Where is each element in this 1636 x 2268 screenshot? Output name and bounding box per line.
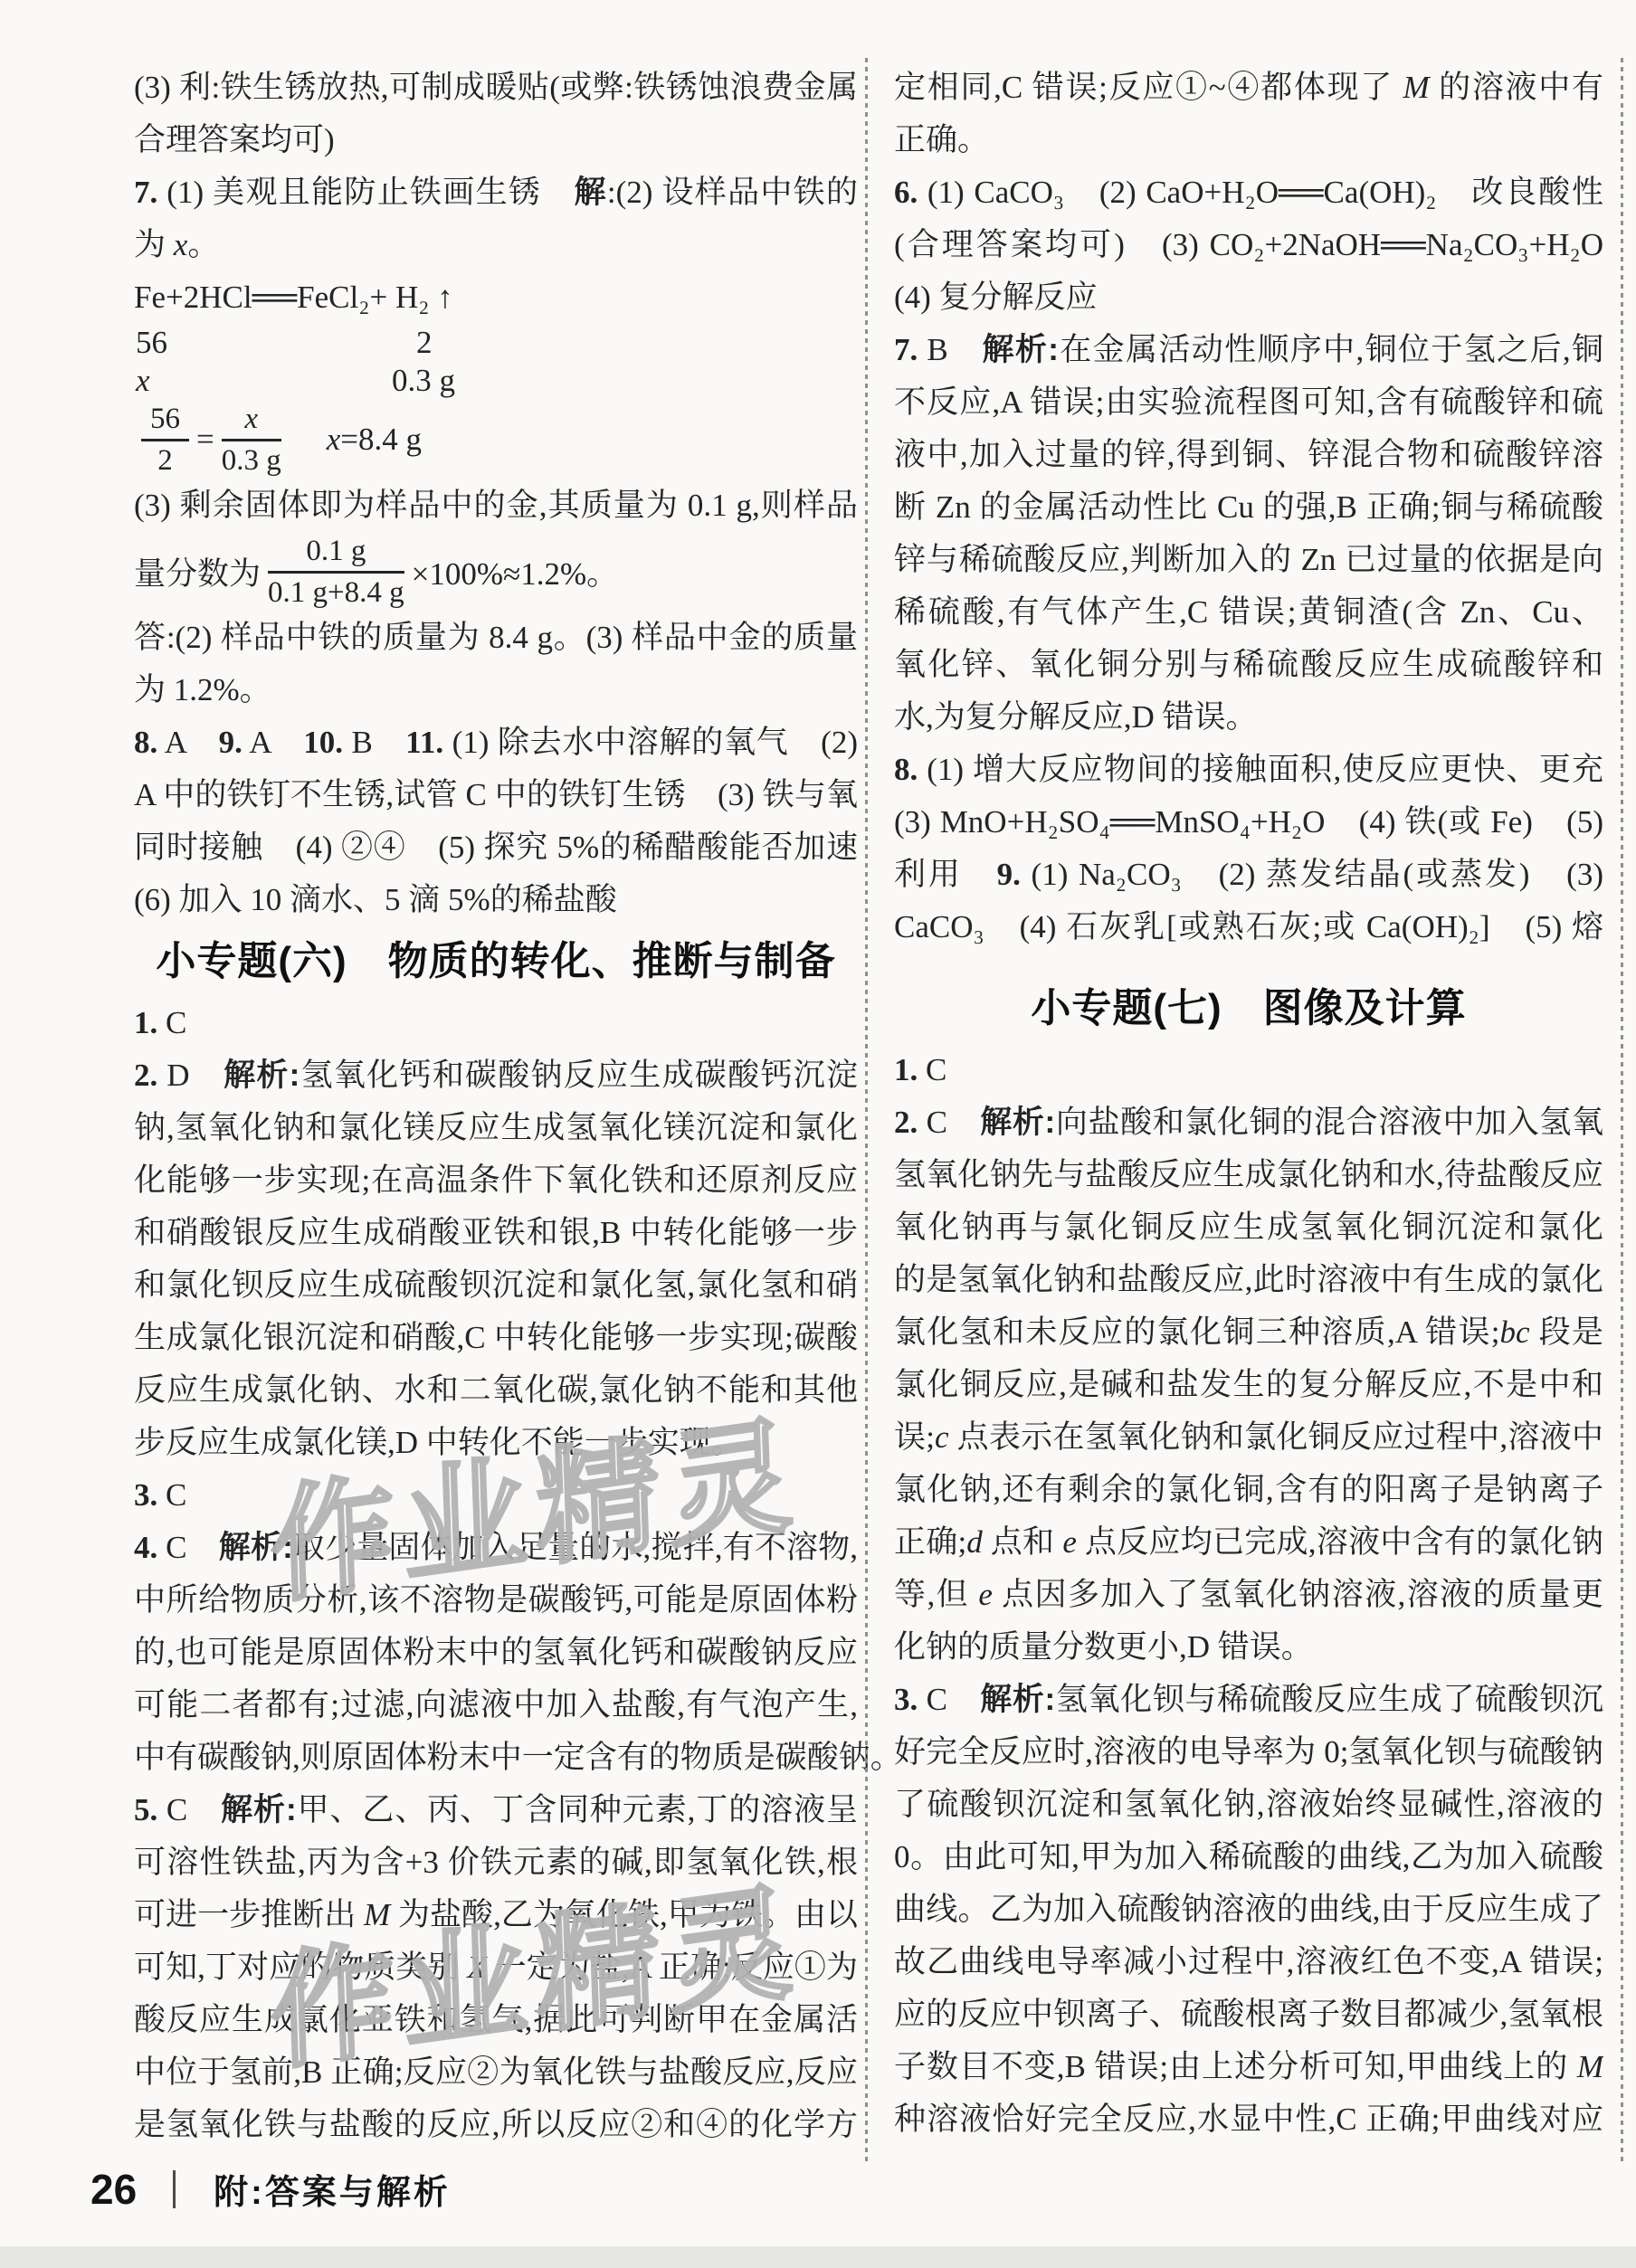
text-line: 氧化锌、氧化铜分别与稀硫酸反应生成硫酸锌和水、硫酸铜和 — [894, 639, 1603, 691]
text-segment: 1. — [134, 1005, 157, 1040]
text-segment: 的是氢氧化钠和盐酸反应,此时溶液中有生成的氯化钠、剩余的 — [894, 1262, 1603, 1306]
text-segment: 解析: — [982, 332, 1058, 367]
text-segment: 3. — [894, 1682, 918, 1717]
section-heading: 小专题(七) 图像及计算 — [894, 973, 1603, 1044]
text-line: 氯化氢和未反应的氯化铜三种溶质,A 错误;bc 段是氢氧化钠和 — [894, 1306, 1603, 1359]
text-line: A 中的铁钉不生锈,试管 C 中的铁钉生锈 (3) 铁与氧气和水 — [134, 769, 858, 821]
text-line: 量分数为0.1 g0.1 g+8.4 g×100%≈1.2%。 — [134, 532, 858, 612]
text-line: 曲线。乙为加入硫酸钠溶液的曲线,由于反应生成了氢氧化钠, — [894, 1884, 1603, 1936]
text-line: 7. (1) 美观且能防止铁画生锈 解:(2) 设样品中铁的质量 — [134, 166, 858, 219]
text-segment: 化能够一步实现;在高温条件下氧化铁和还原剂反应生成铁,铁 — [134, 1162, 858, 1207]
text-segment: 为 1.2%。 — [134, 672, 271, 707]
text-segment: 氧化锌、氧化铜分别与稀硫酸反应生成硫酸锌和水、硫酸铜和 — [894, 647, 1603, 691]
text-segment: 反应生成氯化钠、水和二氧化碳,氯化钠不能和其他物质通过一 — [134, 1372, 858, 1417]
text-line: 步反应生成氯化镁,D 中转化不能一步实现。 — [134, 1417, 858, 1469]
text-line: 氯化铜反应,是碱和盐发生的复分解反应,不是中和反应,B 错 — [894, 1359, 1603, 1411]
text-segment: X — [467, 1950, 486, 1985]
text-segment: x — [136, 363, 150, 398]
text-segment: (4) 复分解反应 — [894, 280, 1098, 315]
text-line: 生成氯化银沉淀和硝酸,C 中转化能够一步实现;碳酸钠和盐酸 — [134, 1312, 858, 1364]
text-line: 1. C — [134, 997, 858, 1049]
text-segment: 中位于氢前,B 正确;反应②为氧化铁与盐酸反应,反应④可以 — [134, 2054, 858, 2099]
text-segment: 可能二者都有;过滤,向滤液中加入盐酸,有气泡产生,说明滤液 — [134, 1687, 858, 1732]
text-segment: 合理答案均可) — [134, 122, 335, 157]
text-line: 3. C 解析:氢氧化钡与稀硫酸反应生成了硫酸钡沉淀和水,恰 — [894, 1674, 1603, 1726]
text-segment: (合理答案均可) (3) CO₂+2NaOH══Na₂CO₃+H₂O — [894, 227, 1603, 262]
text-segment: ×100%≈1.2%。 — [412, 556, 619, 592]
text-segment: x — [174, 227, 188, 262]
text-segment: 6. — [894, 175, 918, 210]
text-segment: 可溶性铁盐,丙为含+3 价铁元素的碱,即氢氧化铁,根据题图, — [134, 1845, 858, 1889]
text-line: 氧化钠再与氯化铜反应生成氢氧化铜沉淀和氯化钠。a 点表示 — [894, 1201, 1603, 1254]
text-segment: C — [157, 1530, 219, 1565]
text-segment: 2. — [894, 1105, 918, 1140]
text-line: 0。由此可知,甲为加入稀硫酸的曲线,乙为加入硫酸钠溶液的 — [894, 1831, 1603, 1884]
text-segment: 解析: — [221, 1792, 297, 1827]
text-segment: 氧化钠再与氯化铜反应生成氢氧化铜沉淀和氯化钠。 — [894, 1210, 1603, 1254]
text-line: 2. D 解析:氢氧化钙和碳酸钠反应生成碳酸钙沉淀和氢氧化 — [134, 1049, 858, 1102]
text-segment: 解 — [575, 175, 607, 210]
text-line: 6. (1) CaCO₃ (2) CaO+H₂O══Ca(OH)₂ 改良酸性土壤 — [894, 166, 1603, 219]
text-segment: 故乙曲线电导率减小过程中,溶液红色不变,A 错误;乙曲线对 — [894, 1944, 1603, 1988]
text-segment: (3) 剩余固体即为样品中的金,其质量为 0.1 g,则样品中金的质 — [134, 488, 858, 532]
fraction-numerator: 56 — [141, 403, 189, 441]
text-segment: e — [978, 1577, 993, 1612]
text-segment: x — [327, 422, 341, 457]
text-line: 氯化钠,还有剩余的氯化铜,含有的阳离子是钠离子和铜离子,C — [894, 1464, 1603, 1516]
text-segment: 7. — [134, 175, 157, 210]
text-segment: C — [157, 1792, 221, 1827]
text-line: 子数目不变,B 错误;由上述分析可知,甲曲线上的 M 点代表两 — [894, 2041, 1603, 2093]
text-segment: 可知,丁对应的物质类别 — [134, 1950, 467, 1985]
text-segment: 中所给物质分析,该不溶物是碳酸钙,可能是原固体粉末中含有 — [134, 1582, 858, 1627]
text-segment: 和氯化钡反应生成硫酸钡沉淀和氯化氢,氯化氢和硝酸银反应 — [134, 1267, 858, 1312]
text-segment: 是氢氧化铁与盐酸的反应,所以反应②和④的化学方程式不一 — [134, 2107, 858, 2151]
text-line: 合理答案均可) — [134, 114, 858, 166]
column-divider-dashed-line — [865, 58, 868, 2166]
text-segment: 好完全反应时,溶液的电导率为 0;氢氧化钡与硫酸钠反应生成 — [894, 1734, 1603, 1779]
text-segment: 中有碳酸钠,则原固体粉末中一定含有的物质是碳酸钠。 — [134, 1740, 902, 1775]
text-segment: 7. — [894, 332, 918, 367]
text-segment: 2. — [134, 1058, 157, 1093]
text-segment: 了硫酸钡沉淀和氢氧化钠,溶液始终显碱性,溶液的电导率不为 — [894, 1787, 1603, 1831]
text-segment: 钠,氢氧化钠和氯化镁反应生成氢氧化镁沉淀和氯化钠,A 中转 — [134, 1110, 858, 1154]
text-segment: 解析: — [980, 1682, 1055, 1717]
text-line: 水,为复分解反应,D 错误。 — [894, 691, 1603, 744]
text-segment: 解析: — [980, 1105, 1055, 1140]
text-segment: 正确。 — [894, 122, 989, 157]
text-segment: 56 — [136, 325, 167, 360]
text-line: 2. C 解析:向盐酸和氯化铜的混合溶液中加入氢氧化钠溶液, — [894, 1096, 1603, 1149]
text-segment: 8. — [894, 752, 918, 787]
text-segment: 氢氧化钠先与盐酸反应生成氯化钠和水,待盐酸反应完全后,氢 — [894, 1157, 1603, 1201]
text-line: 定相同,C 错误;反应①~④都体现了 M 的溶液中有 H⁺,D — [894, 62, 1603, 114]
text-segment: bc — [1500, 1314, 1530, 1350]
text-segment: 2 — [416, 325, 433, 360]
scanned-answer-page: (3) 利:铁生锈放热,可制成暖贴(或弊:铁锈蚀浪费金属资源等合理答案均可)7.… — [0, 0, 1636, 2268]
text-segment: A — [243, 725, 303, 760]
page-edge-dashed-line — [1621, 58, 1623, 2166]
text-segment: 点和 — [983, 1524, 1063, 1560]
text-segment: 同时接触 (4) ②④ (5) 探究 5%的稀醋酸能否加速铁生锈 — [134, 830, 858, 874]
text-line: 5. C 解析:甲、乙、丙、丁含同种元素,丁的溶液呈黄色,则丁为 — [134, 1784, 858, 1836]
text-line: 中所给物质分析,该不溶物是碳酸钙,可能是原固体粉末中含有 — [134, 1574, 858, 1627]
text-line: 稀硫酸,有气体产生,C 错误;黄铜渣(含 Zn、Cu、ZnO、CuO)中的 — [894, 586, 1603, 639]
fraction-numerator: 0.1 g — [268, 535, 404, 574]
text-segment: 9. — [997, 857, 1021, 892]
text-segment: 解析: — [219, 1530, 293, 1565]
text-segment: 氯化钠,还有剩余的氯化铜,含有的阳离子是钠离子和铜离子,C — [894, 1472, 1603, 1516]
text-segment: (3) MnO+H₂SO₄══MnSO₄+H₂O (4) 铁(或 Fe) (5)… — [894, 804, 1603, 849]
text-line: 562 — [134, 324, 858, 362]
text-line: (3) MnO+H₂SO₄══MnSO₄+H₂O (4) 铁(或 Fe) (5)… — [894, 796, 1603, 849]
right-text-column: 定相同,C 错误;反应①~④都体现了 M 的溶液中有 H⁺,D正确。6. (1)… — [894, 62, 1603, 2146]
text-line: 等,但 e 点因多加入了氢氧化钠溶液,溶液的质量更大,所以氯 — [894, 1569, 1603, 1621]
text-segment: 锌与稀硫酸反应,判断加入的 Zn 已过量的依据是向固体中加入 — [894, 542, 1603, 586]
text-segment: 稀硫酸,有气体产生,C 错误;黄铜渣(含 Zn、Cu、ZnO、CuO)中的 — [894, 594, 1603, 639]
text-line: (合理答案均可) (3) CO₂+2NaOH══Na₂CO₃+H₂O — [894, 219, 1603, 271]
text-segment: C — [918, 1682, 980, 1717]
fraction-denominator: 0.3 g — [222, 441, 281, 478]
text-segment: 解析: — [224, 1058, 300, 1093]
text-segment: e — [1062, 1524, 1077, 1560]
text-segment: C — [157, 1477, 186, 1513]
text-line: 化钠的质量分数更小,D 错误。 — [894, 1621, 1603, 1674]
text-line: 氢氧化钠先与盐酸反应生成氯化钠和水,待盐酸反应完全后,氢 — [894, 1149, 1603, 1201]
text-line: 了硫酸钡沉淀和氢氧化钠,溶液始终显碱性,溶液的电导率不为 — [894, 1779, 1603, 1831]
text-segment: 等,但 — [894, 1577, 978, 1612]
text-line: 钠,氢氧化钠和氯化镁反应生成氢氧化镁沉淀和氯化钠,A 中转 — [134, 1102, 858, 1154]
text-line: 种溶液恰好完全反应,水显中性,C 正确;甲曲线对应氢氧化钡 — [894, 2093, 1603, 2146]
text-line: 可能二者都有;过滤,向滤液中加入盐酸,有气泡产生,说明滤液 — [134, 1679, 858, 1732]
text-line: 7. B 解析:在金属活动性顺序中,铜位于氢之后,铜与稀硫酸 — [894, 324, 1603, 376]
text-segment: 利用 — [894, 857, 997, 892]
text-segment: 小专题(六) 物质的转化、推断与制备 — [156, 939, 835, 983]
text-line: (3) 利:铁生锈放热,可制成暖贴(或弊:铁锈蚀浪费金属资源等 — [134, 62, 858, 114]
text-segment: 应的反应中钡离子、硫酸根离子数目都减少,氢氧根离子、钠离 — [894, 1997, 1603, 2041]
text-segment: c — [935, 1419, 949, 1455]
text-line: 答:(2) 样品中铁的质量为 8.4 g。(3) 样品中金的质量分数 — [134, 612, 858, 664]
fraction: x0.3 g — [222, 403, 281, 478]
text-segment: 正确; — [894, 1524, 966, 1560]
text-segment: 断 Zn 的金属活动性比 Cu 的强,B 正确;铜与稀硫酸不反应,而 — [894, 489, 1603, 534]
text-segment: 氯化铜反应,是碱和盐发生的复分解反应,不是中和反应,B 错 — [894, 1367, 1603, 1411]
text-line: 为 1.2%。 — [134, 664, 858, 716]
text-line: 可知,丁对应的物质类别 X 一定为盐,A 正确;反应①为铁与盐 — [134, 1941, 858, 1994]
text-line: 562=x0.3 gx=8.4 g — [134, 400, 858, 479]
text-segment: 小专题(七) 图像及计算 — [1031, 986, 1466, 1030]
text-segment: 答:(2) 样品中铁的质量为 8.4 g。(3) 样品中金的质量分数 — [134, 620, 858, 664]
text-segment: 10. — [303, 725, 343, 760]
page-footer: 26 附:答案与解析 — [90, 2164, 451, 2214]
text-segment: (1) CaCO₃ (2) CaO+H₂O══Ca(OH)₂ 改良酸性土壤 — [894, 175, 1603, 219]
equals-sign: = — [196, 422, 214, 458]
text-line: 和氯化钡反应生成硫酸钡沉淀和氯化氢,氯化氢和硝酸银反应 — [134, 1259, 858, 1312]
text-segment: 8. — [134, 725, 157, 760]
text-segment: 5. — [134, 1792, 157, 1827]
text-line: 是氢氧化铁与盐酸的反应,所以反应②和④的化学方程式不一 — [134, 2099, 858, 2151]
text-line: 可进一步推断出 M 为盐酸,乙为氧化铁,甲为铁。由以上分析 — [134, 1889, 858, 1941]
text-line: 化能够一步实现;在高温条件下氧化铁和还原剂反应生成铁,铁 — [134, 1154, 858, 1207]
text-segment: 化钠的质量分数更小,D 错误。 — [894, 1629, 1313, 1665]
text-segment: M — [364, 1897, 390, 1932]
text-segment: CaCO₃ (4) 石灰乳[或熟石灰;或 Ca(OH)₂] (5) 熔融 — [894, 909, 1603, 954]
text-segment: (3) 利:铁生锈放热,可制成暖贴(或弊:铁锈蚀浪费金属资源等 — [134, 70, 858, 114]
text-segment: (1) 美观且能防止铁画生锈 — [157, 175, 574, 210]
text-segment: 生成氯化银沉淀和硝酸,C 中转化能够一步实现;碳酸钠和盐酸 — [134, 1320, 858, 1364]
text-segment: 4. — [134, 1530, 157, 1565]
fraction-denominator: 0.1 g+8.4 g — [268, 574, 404, 610]
text-line: 4. C 解析:取少量固体加入足量的水,搅拌,有不溶物,结合题 — [134, 1522, 858, 1574]
text-segment: Fe+2HCl══FeCl₂+ H₂ ↑ — [134, 280, 453, 315]
fraction: 0.1 g0.1 g+8.4 g — [268, 535, 404, 610]
text-line: CaCO₃ (4) 石灰乳[或熟石灰;或 Ca(OH)₂] (5) 熔融 — [894, 901, 1603, 954]
text-segment: (1) 增大反应物间的接触面积,使反应更快、更充分 (2) CO — [894, 752, 1603, 796]
text-segment: B — [343, 725, 405, 760]
text-segment: C — [918, 1052, 946, 1087]
text-line: 8. A 9. A 10. B 11. (1) 除去水中溶解的氧气 (2) 试管 — [134, 716, 858, 769]
text-line: 和硝酸银反应生成硝酸亚铁和银,B 中转化能够一步实现;硫酸 — [134, 1207, 858, 1259]
text-segment: 0。由此可知,甲为加入稀硫酸的曲线,乙为加入硫酸钠溶液的 — [894, 1839, 1603, 1884]
text-line: 反应生成氯化钠、水和二氧化碳,氯化钠不能和其他物质通过一 — [134, 1364, 858, 1417]
footer-label: 附:答案与解析 — [214, 2164, 451, 2214]
fraction: 562 — [141, 403, 189, 478]
text-segment: 3. — [134, 1477, 157, 1513]
text-line: 中有碳酸钠,则原固体粉末中一定含有的物质是碳酸钠。 — [134, 1732, 858, 1784]
text-segment: B — [918, 332, 982, 367]
text-segment: C — [157, 1005, 186, 1040]
text-segment: 子数目不变,B 错误;由上述分析可知,甲曲线上的 — [894, 2049, 1577, 2084]
text-line: 酸反应生成氯化亚铁和氢气,据此可判断甲在金属活动性顺序 — [134, 1994, 858, 2046]
text-segment: d — [966, 1524, 983, 1560]
text-line: 断 Zn 的金属活动性比 Cu 的强,B 正确;铜与稀硫酸不反应,而 — [894, 481, 1603, 534]
text-segment: 可进一步推断出 — [134, 1897, 364, 1932]
text-line: (4) 复分解反应 — [894, 271, 1603, 324]
text-segment: 量分数为 — [134, 549, 261, 594]
text-line: Fe+2HCl══FeCl₂+ H₂ ↑ — [134, 271, 858, 324]
text-line: 1. C — [894, 1044, 1603, 1096]
page-number: 26 — [90, 2165, 137, 2214]
text-segment: 曲线。乙为加入硫酸钠溶液的曲线,由于反应生成了氢氧化钠, — [894, 1892, 1603, 1936]
fraction-denominator: 2 — [141, 441, 189, 478]
text-segment: 的,也可能是原固体粉末中的氢氧化钙和碳酸钠反应生成的,还 — [134, 1635, 858, 1679]
text-line: 3. C — [134, 1469, 858, 1522]
text-segment: 不反应,A 错误;由实验流程图可知,含有硫酸锌和硫酸铜的溶 — [894, 384, 1603, 429]
text-segment: 点因多加入了氢氧化钠溶液,溶液的质量更大,所以氯 — [894, 1577, 1603, 1621]
text-segment: C — [918, 1105, 980, 1140]
text-line: 锌与稀硫酸反应,判断加入的 Zn 已过量的依据是向固体中加入 — [894, 534, 1603, 586]
text-segment: A 中的铁钉不生锈,试管 C 中的铁钉生锈 (3) 铁与氧气和水 — [134, 777, 858, 821]
footer-divider-bar — [173, 2170, 176, 2208]
text-line: 同时接触 (4) ②④ (5) 探究 5%的稀醋酸能否加速铁生锈 — [134, 821, 858, 874]
text-segment: (6) 加入 10 滴水、5 滴 5%的稀盐酸 — [134, 882, 617, 917]
text-line: 的,也可能是原固体粉末中的氢氧化钙和碳酸钠反应生成的,还 — [134, 1627, 858, 1679]
text-line: 正确。 — [894, 114, 1603, 166]
text-segment: 误; — [894, 1419, 935, 1455]
text-line: 不反应,A 错误;由实验流程图可知,含有硫酸锌和硫酸铜的溶 — [894, 376, 1603, 429]
text-line: 误;c 点表示在氢氧化钠和氯化铜反应过程中,溶液中有生成的 — [894, 1411, 1603, 1464]
section-heading: 小专题(六) 物质的转化、推断与制备 — [134, 926, 858, 997]
text-segment: 氯化氢和未反应的氯化铜三种溶质,A 错误; — [894, 1314, 1500, 1350]
text-segment: 酸反应生成氯化亚铁和氢气,据此可判断甲在金属活动性顺序 — [134, 2002, 858, 2046]
text-segment: D — [157, 1058, 224, 1093]
text-segment: 11. — [405, 725, 443, 760]
text-segment: 1. — [894, 1052, 918, 1087]
text-segment: 定相同,C 错误;反应①~④都体现了 — [894, 70, 1403, 105]
text-segment: 0.3 g — [392, 363, 455, 398]
text-line: 应的反应中钡离子、硫酸根离子数目都减少,氢氧根离子、钠离 — [894, 1988, 1603, 2041]
text-line: 故乙曲线电导率减小过程中,溶液红色不变,A 错误;乙曲线对 — [894, 1936, 1603, 1988]
text-line: 利用 9. (1) Na₂CO₃ (2) 蒸发结晶(或蒸发) (3) Mg(OH… — [894, 849, 1603, 901]
text-segment: 液中,加入过量的锌,得到铜、锌混合物和硫酸锌溶液,据此可判 — [894, 437, 1603, 481]
text-line: x0.3 g — [134, 362, 858, 400]
text-line: 可溶性铁盐,丙为含+3 价铁元素的碱,即氢氧化铁,根据题图, — [134, 1836, 858, 1889]
text-line: 为 x。 — [134, 219, 858, 271]
text-segment: 。 — [187, 227, 219, 262]
text-segment: =8.4 g — [340, 422, 422, 457]
scan-edge-shadow — [0, 2246, 1636, 2268]
text-line: (3) 剩余固体即为样品中的金,其质量为 0.1 g,则样品中金的质 — [134, 479, 858, 532]
fraction-numerator: x — [222, 403, 281, 441]
text-segment: 水,为复分解反应,D 错误。 — [894, 699, 1258, 735]
text-segment: 和硝酸银反应生成硝酸亚铁和银,B 中转化能够一步实现;硫酸 — [134, 1215, 858, 1259]
text-segment: M — [1403, 70, 1429, 105]
text-segment: M — [1577, 2049, 1603, 2084]
text-segment: 步反应生成氯化镁,D 中转化不能一步实现。 — [134, 1425, 743, 1460]
text-segment: 为 — [134, 227, 174, 262]
text-line: 好完全反应时,溶液的电导率为 0;氢氧化钡与硫酸钠反应生成 — [894, 1726, 1603, 1779]
text-line: 8. (1) 增大反应物间的接触面积,使反应更快、更充分 (2) CO — [894, 744, 1603, 796]
text-line: 液中,加入过量的锌,得到铜、锌混合物和硫酸锌溶液,据此可判 — [894, 429, 1603, 481]
text-line: 中位于氢前,B 正确;反应②为氧化铁与盐酸反应,反应④可以 — [134, 2046, 858, 2099]
text-segment: A — [157, 725, 218, 760]
text-line: (6) 加入 10 滴水、5 滴 5%的稀盐酸 — [134, 874, 858, 926]
text-segment: 种溶液恰好完全反应,水显中性,C 正确;甲曲线对应氢氧化钡 — [894, 2102, 1603, 2146]
text-line: 正确;d 点和 e 点反应均已完成,溶液中含有的氯化钠的质量相 — [894, 1516, 1603, 1569]
text-segment: 点表示在氢氧化钠和氯化铜反应过程中,溶液中有生成的 — [894, 1419, 1603, 1464]
text-line: 的是氢氧化钠和盐酸反应,此时溶液中有生成的氯化钠、剩余的 — [894, 1254, 1603, 1306]
left-text-column: (3) 利:铁生锈放热,可制成暖贴(或弊:铁锈蚀浪费金属资源等合理答案均可)7.… — [134, 62, 858, 2151]
text-segment: 9. — [219, 725, 243, 760]
